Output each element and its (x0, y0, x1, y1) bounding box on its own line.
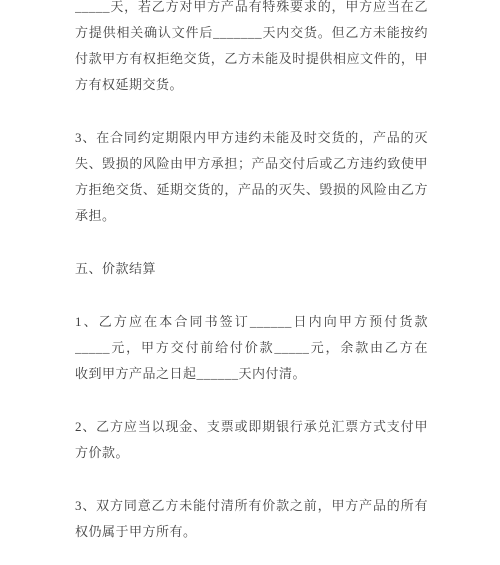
clause-3-risk-of-loss: 3、在合同约定期限内甲方违约未能及时交货的，产品的灭 失、毁损的风险由甲方承担；… (75, 125, 428, 229)
clause-delivery-terms: _____天，若乙方对甲方产品有特殊要求的，甲方应当在乙 方提供相关确认文件后_… (75, 0, 428, 98)
document-line: 方价款。 (75, 440, 428, 466)
document-line: 2、乙方应当以现金、支票或即期银行承兑汇票方式支付甲 (75, 414, 428, 440)
document-line: 1、乙方应在本合同书签订______日内向甲方预付货款 (75, 309, 428, 335)
document-line: 3、双方同意乙方未能付清所有价款之前，甲方产品的所有 (75, 493, 428, 519)
document-line: 方拒绝交货、延期交货的，产品的灭失、毁损的风险由乙方 (75, 177, 428, 203)
document-line: 方有权延期交货。 (75, 72, 428, 98)
document-line: 收到甲方产品之日起______天内付清。 (75, 361, 428, 387)
document-line: 方提供相关确认文件后_______天内交货。但乙方未能按约定 (75, 20, 428, 46)
document-line: _____元，甲方交付前给付价款_____元，余款由乙方在 (75, 335, 428, 361)
document-line: 3、在合同约定期限内甲方违约未能及时交货的，产品的灭 (75, 125, 428, 151)
document-line: 失、毁损的风险由甲方承担；产品交付后或乙方违约致使甲 (75, 151, 428, 177)
section-heading: 五、价款结算 (75, 256, 428, 282)
section-heading-price-settlement: 五、价款结算 (75, 256, 428, 282)
document-line: 承担。 (75, 203, 428, 229)
clause-2-payment-method: 2、乙方应当以现金、支票或即期银行承兑汇票方式支付甲 方价款。 (75, 414, 428, 466)
document-page: _____天，若乙方对甲方产品有特殊要求的，甲方应当在乙 方提供相关确认文件后_… (0, 0, 500, 565)
document-line: _____天，若乙方对甲方产品有特殊要求的，甲方应当在乙 (75, 0, 428, 20)
clause-1-prepayment: 1、乙方应在本合同书签订______日内向甲方预付货款 _____元，甲方交付前… (75, 309, 428, 387)
document-content: _____天，若乙方对甲方产品有特殊要求的，甲方应当在乙 方提供相关确认文件后_… (75, 0, 428, 565)
document-line: 权仍属于甲方所有。 (75, 519, 428, 545)
clause-3-ownership-retention: 3、双方同意乙方未能付清所有价款之前，甲方产品的所有 权仍属于甲方所有。 (75, 493, 428, 545)
document-line: 付款甲方有权拒绝交货，乙方未能及时提供相应文件的，甲 (75, 46, 428, 72)
